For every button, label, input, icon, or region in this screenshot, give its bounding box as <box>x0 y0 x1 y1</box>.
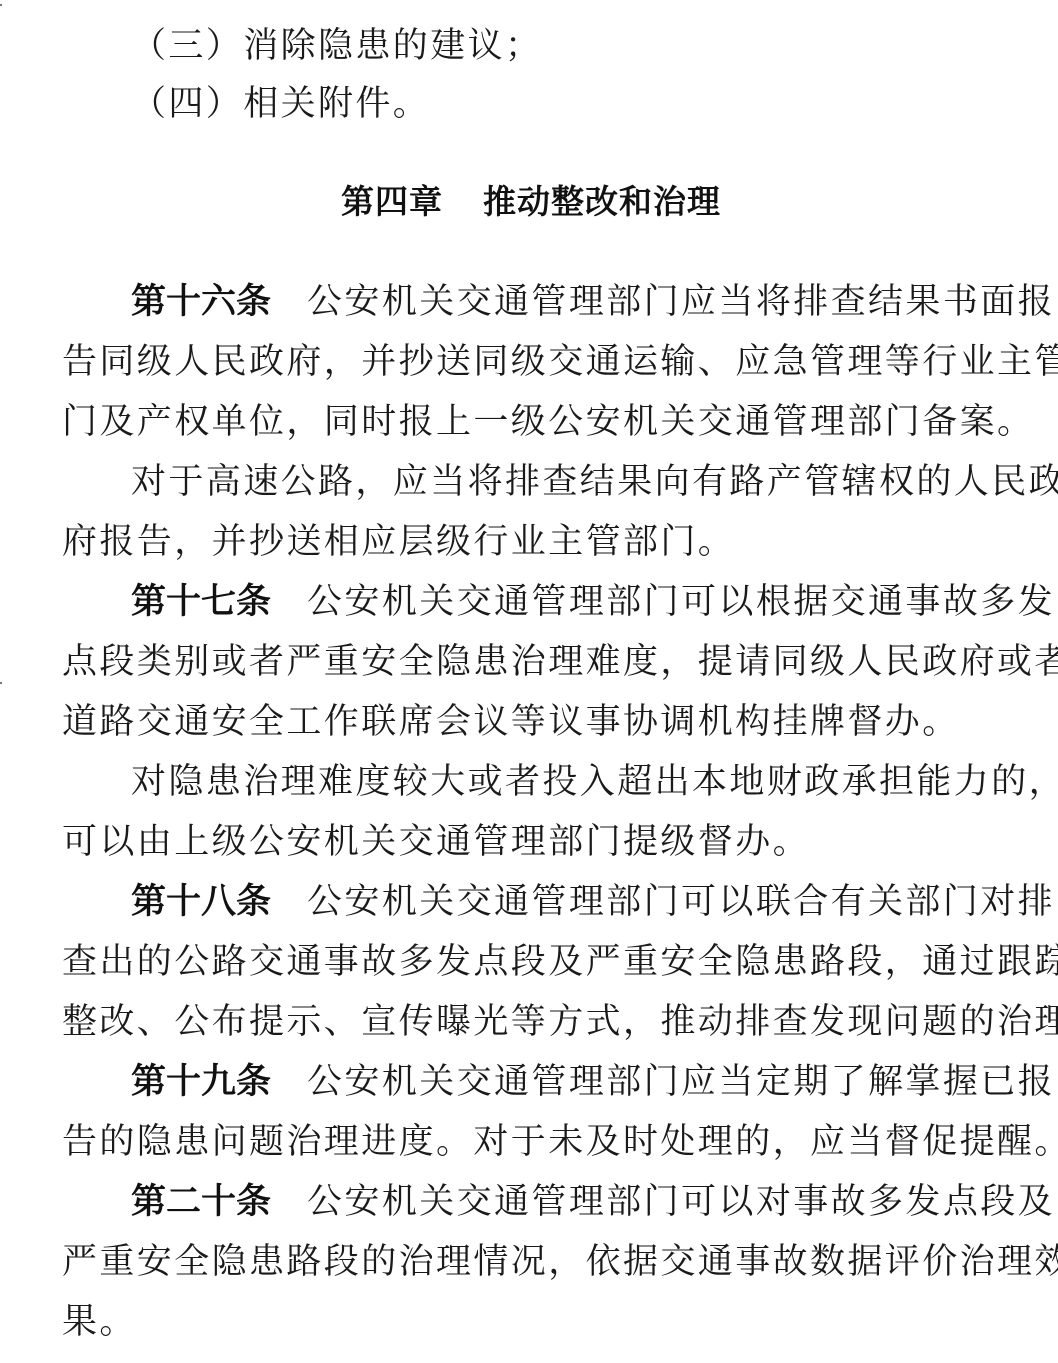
article-17-label: 第十七条 <box>131 582 271 622</box>
list-item-3: （三）消除隐患的建议； <box>131 16 542 76</box>
list-item-4: （四）相关附件。 <box>131 74 430 134</box>
article-16-label: 第十六条 <box>131 282 271 322</box>
article-17-para-2-line-1: 对隐患治理难度较大或者投入超出本地财政承担能力的， <box>131 752 1000 812</box>
article-18-label: 第十八条 <box>131 882 271 922</box>
article-17-line-2: 点段类别或者严重安全隐患治理难度，提请同级人民政府或者 <box>62 632 1000 692</box>
article-18-line-2: 查出的公路交通事故多发点段及严重安全隐患路段，通过跟踪 <box>62 932 1000 992</box>
article-20-line-1: 第二十条公安机关交通管理部门可以对事故多发点段及 <box>131 1172 1000 1232</box>
article-17-line-1: 第十七条公安机关交通管理部门可以根据交通事故多发 <box>131 572 1000 632</box>
chapter-number: 第四章 <box>341 182 443 221</box>
article-19-line-1: 第十九条公安机关交通管理部门应当定期了解掌握已报 <box>131 1052 1000 1112</box>
article-16-line-1: 第十六条公安机关交通管理部门应当将排查结果书面报 <box>131 272 1000 332</box>
article-16-para-2-line-1: 对于高速公路，应当将排查结果向有路产管辖权的人民政 <box>131 452 1000 512</box>
chapter-heading: 第四章推动整改和治理 <box>62 172 1000 232</box>
article-20-line-3: 果。 <box>62 1292 137 1352</box>
article-17-line-3: 道路交通安全工作联席会议等议事协调机构挂牌督办。 <box>62 692 960 752</box>
article-19-label: 第十九条 <box>131 1062 271 1102</box>
scan-mark <box>0 682 2 684</box>
scan-mark <box>0 4 2 6</box>
article-20-line-2: 严重安全隐患路段的治理情况，依据交通事故数据评价治理效 <box>62 1232 1000 1292</box>
article-17-para-2-line-2: 可以由上级公安机关交通管理部门提级督办。 <box>62 812 810 872</box>
article-16-para-2-line-2: 府报告，并抄送相应层级行业主管部门。 <box>62 512 735 572</box>
article-16-line-3: 门及产权单位，同时报上一级公安机关交通管理部门备案。 <box>62 392 1034 452</box>
chapter-title: 推动整改和治理 <box>483 182 721 221</box>
article-18-line-3: 整改、公布提示、宣传曝光等方式，推动排查发现问题的治理。 <box>62 992 1000 1052</box>
article-19-line-2: 告的隐患问题治理进度。对于未及时处理的，应当督促提醒。 <box>62 1112 1058 1172</box>
article-20-label: 第二十条 <box>131 1182 271 1222</box>
article-18-line-1: 第十八条公安机关交通管理部门可以联合有关部门对排 <box>131 872 1000 932</box>
article-16-line-2: 告同级人民政府，并抄送同级交通运输、应急管理等行业主管部 <box>62 332 1000 392</box>
